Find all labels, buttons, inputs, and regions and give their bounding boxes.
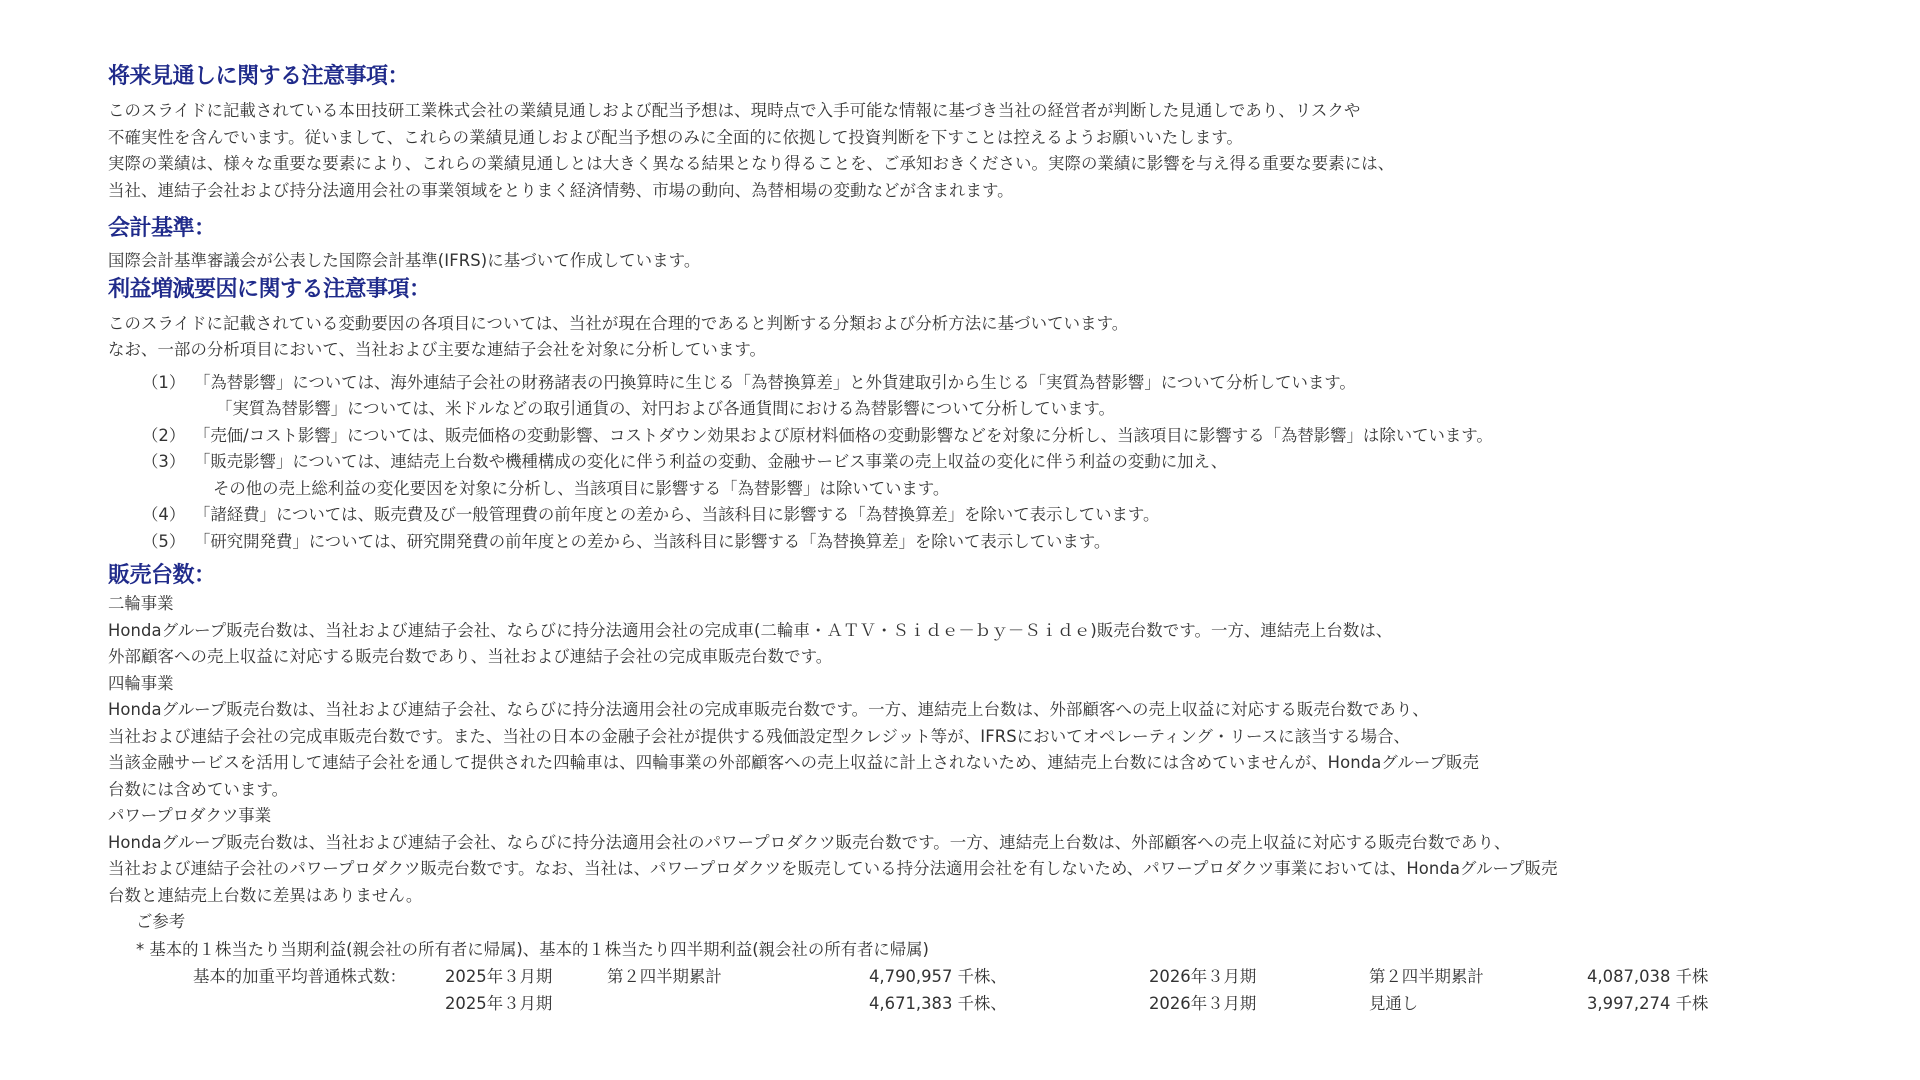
shares-period: 2025年３月期 [445, 963, 607, 990]
shares-period-2: 2026年３月期 [1149, 963, 1369, 990]
list-text: 「販売影響」については、連結売上台数や機種構成の変化に伴う利益の変動、金融サービ… [194, 452, 1227, 471]
motorcycle-line: 外部顧客への売上収益に対応する販売台数であり、当社および連結子会社の完成車販売台… [108, 644, 1808, 671]
automobile-business-label: 四輪事業 [108, 671, 1808, 698]
shares-type: 第２四半期累計 [607, 963, 869, 990]
forward-looking-line: 実際の業績は、様々な重要な要素により、これらの業績見通しとは大きく異なる結果とな… [108, 151, 1808, 178]
list-item-fx-impact: （1）「為替影響」については、海外連結子会社の財務諸表の円換算時に生じる「為替換… [108, 370, 1808, 397]
list-item-rnd: （5）「研究開発費」については、研究開発費の前年度との差から、当該科目に影響する… [108, 529, 1808, 556]
shares-type-2: 第２四半期累計 [1369, 963, 1587, 990]
list-text: 「研究開発費」については、研究開発費の前年度との差から、当該科目に影響する「為替… [194, 532, 1110, 551]
reference-label: ご参考 [108, 909, 1808, 936]
shares-value-2: 4,087,038 千株 [1587, 963, 1747, 990]
profit-factors-body: このスライドに記載されている変動要因の各項目については、当社が現在合理的であると… [108, 311, 1808, 364]
shares-row: 2025年３月期 4,671,383 千株、 2026年３月期 見通し 3,99… [108, 990, 1808, 1017]
list-text: 「諸経費」については、販売費及び一般管理費の前年度との差から、当該科目に影響する… [194, 505, 1159, 524]
shares-type-2: 見通し [1369, 990, 1587, 1017]
accounting-standard-heading: 会計基準： [108, 214, 1808, 244]
list-number: （5） [142, 529, 194, 556]
list-item-continuation: その他の売上総利益の変化要因を対象に分析し、当該項目に影響する「為替影響」は除い… [108, 476, 1808, 503]
list-item-sales-impact: （3）「販売影響」については、連結売上台数や機種構成の変化に伴う利益の変動、金融… [108, 449, 1808, 476]
disclaimer-page: 将来見通しに関する注意事項： このスライドに記載されている本田技研工業株式会社の… [108, 58, 1808, 1017]
automobile-line: 当社および連結子会社の完成車販売台数です。また、当社の日本の金融子会社が提供する… [108, 724, 1808, 751]
forward-looking-heading: 将来見通しに関する注意事項： [108, 62, 1808, 92]
motorcycle-line: Hondaグループ販売台数は、当社および連結子会社、ならびに持分法適用会社の完成… [108, 618, 1808, 645]
forward-looking-body: このスライドに記載されている本田技研工業株式会社の業績見通しおよび配当予想は、現… [108, 98, 1808, 204]
profit-factors-list: （1）「為替影響」については、海外連結子会社の財務諸表の円換算時に生じる「為替換… [108, 370, 1808, 556]
accounting-standard-text: 国際会計基準審議会が公表した国際会計基準(IFRS)に基づいて作成しています。 [108, 248, 1808, 275]
forward-looking-line: 不確実性を含んでいます。従いまして、これらの業績見通しおよび配当予想のみに全面的… [108, 125, 1808, 152]
power-products-business-label: パワープロダクツ事業 [108, 803, 1808, 830]
profit-factors-line: なお、一部の分析項目において、当社および主要な連結子会社を対象に分析しています。 [108, 337, 1808, 364]
power-products-line: Hondaグループ販売台数は、当社および連結子会社、ならびに持分法適用会社のパワ… [108, 830, 1808, 857]
list-number: （2） [142, 423, 194, 450]
list-item-sga: （4）「諸経費」については、販売費及び一般管理費の前年度との差から、当該科目に影… [108, 502, 1808, 529]
automobile-line: 台数には含めています。 [108, 777, 1808, 804]
list-text: 「為替影響」については、海外連結子会社の財務諸表の円換算時に生じる「為替換算差」… [194, 373, 1356, 392]
shares-value-2: 3,997,274 千株 [1587, 990, 1747, 1017]
list-number: （4） [142, 502, 194, 529]
profit-factors-heading: 利益増減要因に関する注意事項： [108, 275, 1808, 305]
shares-label-empty [108, 990, 445, 1017]
list-text: 「売価/コスト影響」については、販売価格の変動影響、コストダウン効果および原材料… [194, 426, 1493, 445]
power-products-line: 当社および連結子会社のパワープロダクツ販売台数です。なお、当社は、パワープロダク… [108, 856, 1808, 883]
list-number: （3） [142, 449, 194, 476]
shares-value: 4,671,383 千株、 [869, 990, 1149, 1017]
motorcycle-business-label: 二輪事業 [108, 591, 1808, 618]
shares-period: 2025年３月期 [445, 990, 607, 1017]
automobile-line: 当該金融サービスを活用して連結子会社を通して提供された四輪車は、四輪事業の外部顧… [108, 750, 1808, 777]
list-item-price-cost: （2）「売価/コスト影響」については、販売価格の変動影響、コストダウン効果および… [108, 423, 1808, 450]
forward-looking-line: 当社、連結子会社および持分法適用会社の事業領域をとりまく経済情勢、市場の動向、為… [108, 178, 1808, 205]
shares-row: 基本的加重平均普通株式数： 2025年３月期 第２四半期累計 4,790,957… [108, 963, 1808, 990]
automobile-line: Hondaグループ販売台数は、当社および連結子会社、ならびに持分法適用会社の完成… [108, 697, 1808, 724]
list-number: （1） [142, 370, 194, 397]
forward-looking-line: このスライドに記載されている本田技研工業株式会社の業績見通しおよび配当予想は、現… [108, 98, 1808, 125]
shares-period-2: 2026年３月期 [1149, 990, 1369, 1017]
list-item-continuation: 「実質為替影響」については、米ドルなどの取引通貨の、対円および各通貨間における為… [108, 396, 1808, 423]
sales-units-heading: 販売台数： [108, 561, 1808, 591]
profit-factors-line: このスライドに記載されている変動要因の各項目については、当社が現在合理的であると… [108, 311, 1808, 338]
power-products-line: 台数と連結売上台数に差異はありません。 [108, 883, 1808, 910]
reference-note: * 基本的１株当たり当期利益(親会社の所有者に帰属)、基本的１株当たり四半期利益… [108, 936, 1808, 963]
shares-value: 4,790,957 千株、 [869, 963, 1149, 990]
shares-type [607, 990, 869, 1017]
shares-label: 基本的加重平均普通株式数： [108, 963, 445, 990]
